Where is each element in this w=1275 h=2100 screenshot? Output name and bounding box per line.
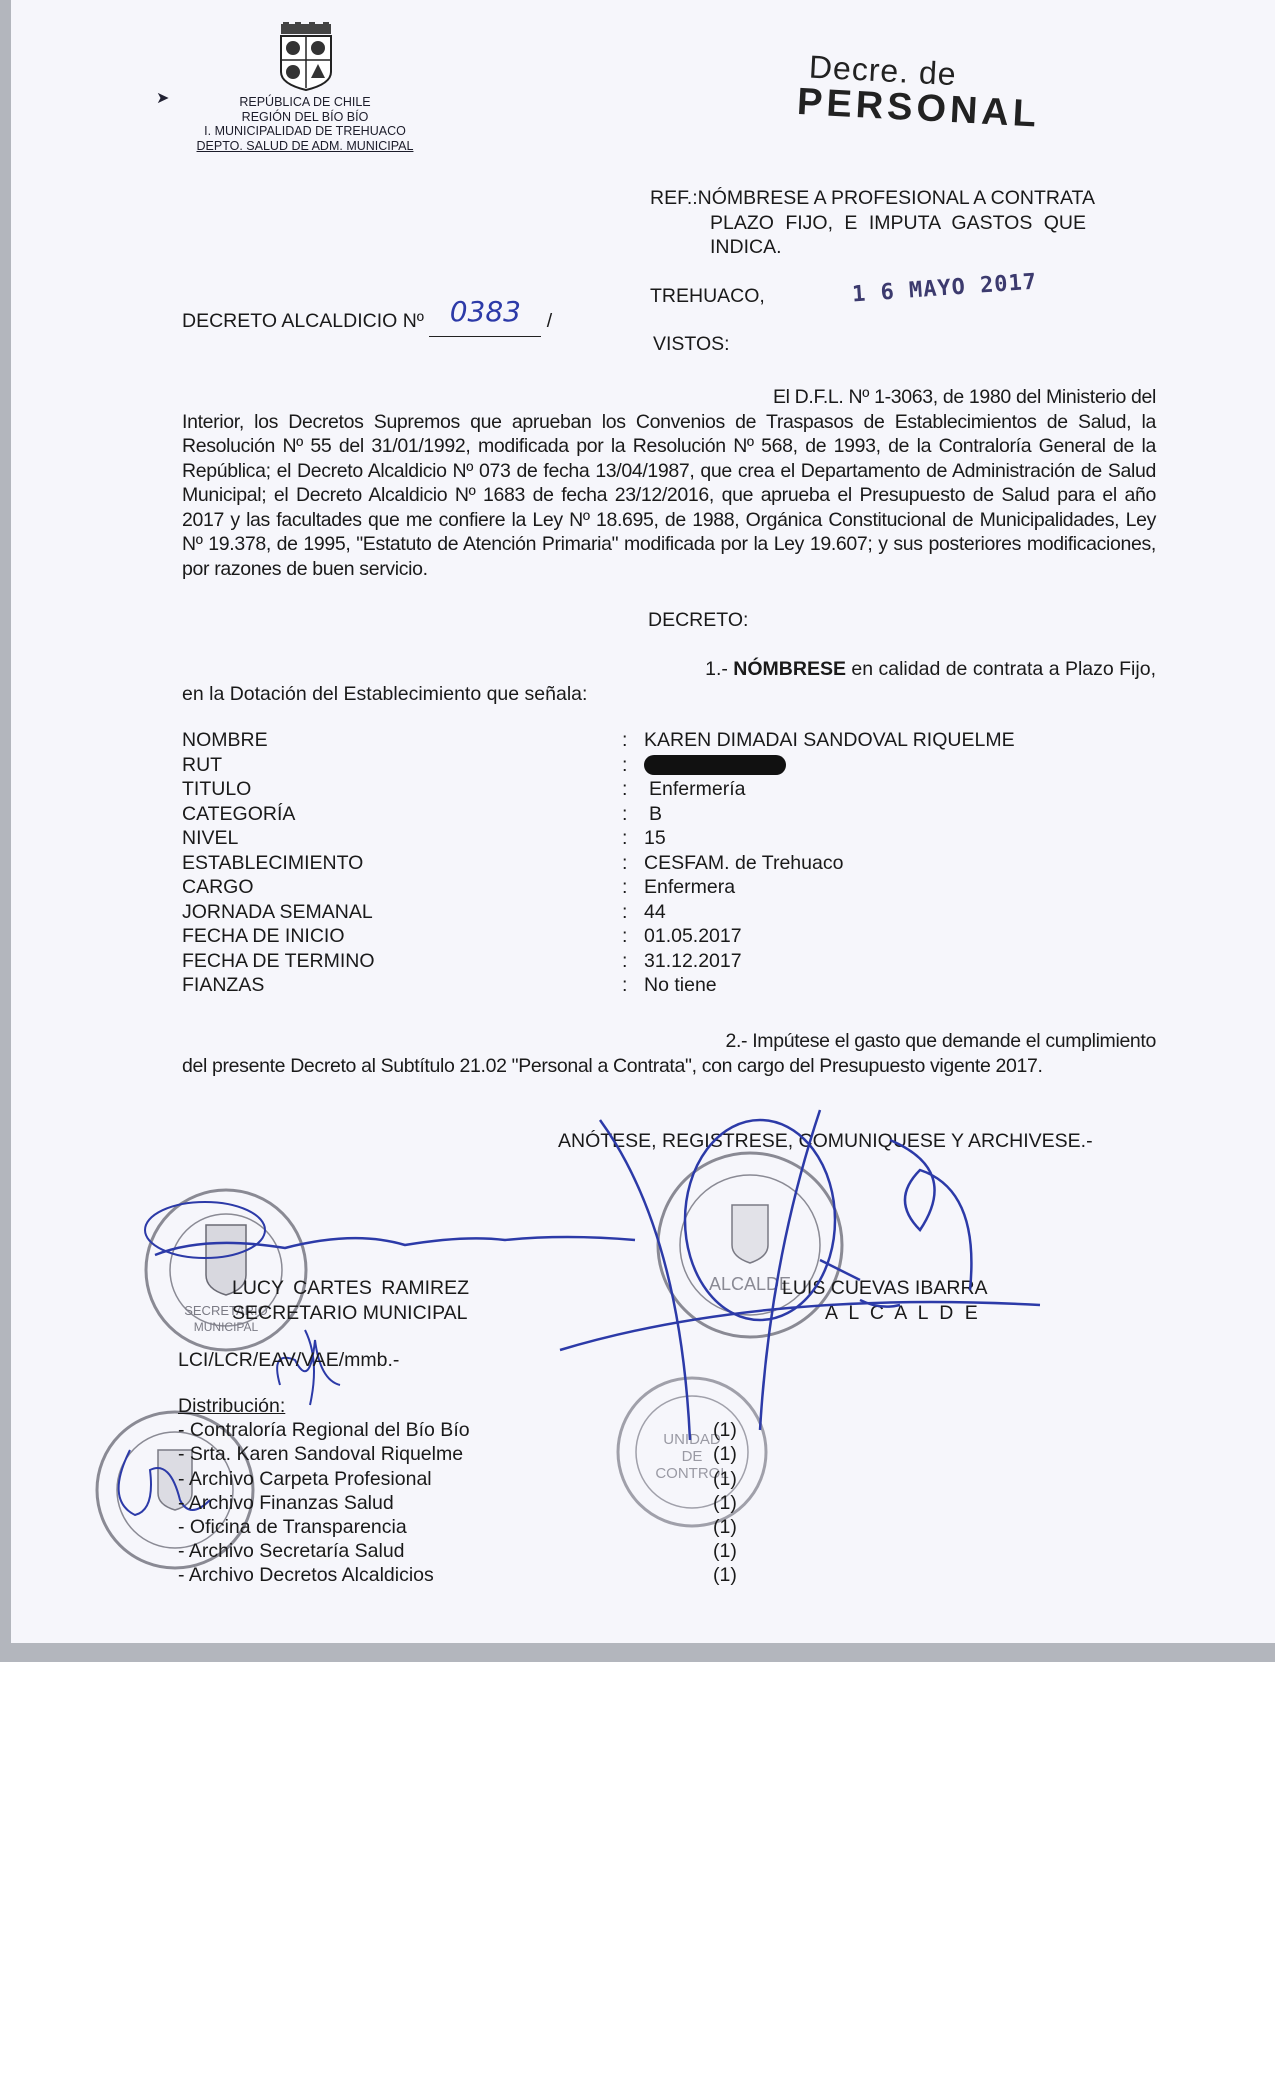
field-value: KAREN DIMADAI SANDOVAL RIQUELME [644,729,1015,752]
field-label: ESTABLECIMIENTO [182,852,363,875]
decree-number-label: DECRETO ALCALDICIO Nº [182,310,424,332]
item-1-line-1: 1.- NÓMBRESE en calidad de contrata a Pl… [182,657,1156,682]
distribution-item-qty: (1) [713,1563,737,1587]
distribution-item-qty: (1) [713,1418,737,1442]
letterhead-municipality: I. MUNICIPALIDAD DE TREHUACO [170,124,440,139]
ref-line-1: REF.:NÓMBRESE A PROFESIONAL A CONTRATA [650,186,1160,211]
item-1-prefix: 1.- [705,658,733,680]
field-row-fianzas: FIANZAS:No tiene [182,974,1082,999]
field-row-nombre: NOMBRE:KAREN DIMADAI SANDOVAL RIQUELME [182,729,1082,754]
distribution-list: Distribución: - Contraloría Regional del… [178,1394,778,1588]
field-value: CESFAM. de Trehuaco [644,852,843,875]
field-row-jornada: JORNADA SEMANAL:44 [182,901,1082,926]
item-2: 2.- Impútese el gasto que demande el cum… [182,1029,1156,1078]
distribution-item: - Archivo Carpeta Profesional(1) [178,1467,778,1491]
item-2-first-line: 2.- Impútese el gasto que demande el cum… [182,1029,1156,1054]
field-label: JORNADA SEMANAL [182,901,373,924]
distribution-item-qty: (1) [713,1442,737,1466]
distribution-item-qty: (1) [713,1515,737,1539]
field-label: FIANZAS [182,974,264,997]
vistos-body: El D.F.L. Nº 1-3063, de 1980 del Ministe… [182,385,1156,581]
distribution-item-label: - Srta. Karen Sandoval Riquelme [178,1443,463,1465]
distribution-item-label: - Oficina de Transparencia [178,1516,407,1538]
field-row-fecha-termino: FECHA DE TERMINO:31.12.2017 [182,950,1082,975]
vistos-paragraph: Interior, los Decretos Supremos que apru… [182,410,1156,582]
distribution-item: - Archivo Finanzas Salud(1) [178,1491,778,1515]
field-value: 01.05.2017 [644,925,742,948]
distribution-item: - Archivo Secretaría Salud(1) [178,1539,778,1563]
distribution-item-label: - Archivo Finanzas Salud [178,1492,394,1514]
field-separator: : [622,803,627,826]
field-separator: : [622,901,627,924]
field-value: Enfermera [644,876,735,899]
field-label: NIVEL [182,827,238,850]
field-separator: : [622,778,627,801]
field-row-cargo: CARGO:Enfermera [182,876,1082,901]
field-separator: : [622,876,627,899]
field-label: FECHA DE TERMINO [182,950,375,973]
distribution-item-label: - Archivo Carpeta Profesional [178,1468,432,1490]
field-separator: : [622,950,627,973]
item-1-rest: en calidad de contrata a Plazo Fijo, [846,658,1156,680]
letterhead-country: REPÚBLICA DE CHILE [170,95,440,110]
ref-line-2: PLAZO FIJO, E IMPUTA GASTOS QUE [710,211,1160,236]
mayor-signature-icon [560,1110,1060,1440]
distribution-item: - Contraloría Regional del Bío Bío(1) [178,1418,778,1442]
stamp-line-2: PERSONAL [796,85,1041,132]
field-label: CARGO [182,876,254,899]
item-1-line-2: en la Dotación del Establecimiento que s… [182,682,1156,707]
coat-of-arms-icon [275,22,337,92]
letterhead-region: REGIÓN DEL BÍO BÍO [170,110,440,125]
field-row-titulo: TITULO:Enfermería [182,778,1082,803]
field-label: RUT [182,754,222,777]
vistos-heading: VISTOS: [653,332,730,357]
distribution-item: - Oficina de Transparencia(1) [178,1515,778,1539]
field-separator: : [622,925,627,948]
place: TREHUACO, [650,284,765,309]
field-value: No tiene [644,974,717,997]
redaction-mark [644,755,786,775]
item-2-body: del presente Decreto al Subtítulo 21.02 … [182,1054,1156,1079]
field-separator: : [622,754,627,777]
field-row-establecimiento: ESTABLECIMIENTO:CESFAM. de Trehuaco [182,852,1082,877]
distribution-item: - Archivo Decretos Alcaldicios(1) [178,1563,778,1587]
distribution-item-qty: (1) [713,1491,737,1515]
redacted-value [644,754,786,777]
initials-reference: LCI/LCR/EAV/VAE/mmb.- [178,1348,399,1373]
decree-number-line: 0383 [429,308,541,337]
field-separator: : [622,852,627,875]
distribution-item: - Srta. Karen Sandoval Riquelme(1) [178,1442,778,1466]
field-row-rut: RUT: [182,754,1082,779]
distribution-item-qty: (1) [713,1539,737,1563]
field-row-nivel: NIVEL:15 [182,827,1082,852]
field-value: 15 [644,827,666,850]
field-label: NOMBRE [182,729,268,752]
field-value: B [649,803,662,826]
field-separator: : [622,827,627,850]
distribution-item-qty: (1) [713,1467,737,1491]
decree-number-suffix: / [547,310,552,332]
vistos-first-line: El D.F.L. Nº 1-3063, de 1980 del Ministe… [182,385,1156,410]
distribution-item-label: - Contraloría Regional del Bío Bío [178,1419,470,1441]
item-1-verb: NÓMBRESE [733,658,846,680]
field-row-fecha-inicio: FECHA DE INICIO:01.05.2017 [182,925,1082,950]
field-label: CATEGORÍA [182,803,295,826]
decree-number-block: DECRETO ALCALDICIO Nº 0383 / [182,306,552,335]
decree-number: 0383 [450,295,521,328]
field-value: 44 [644,901,666,924]
reference-block: REF.:NÓMBRESE A PROFESIONAL A CONTRATA P… [650,186,1160,260]
decree-type-stamp: Decre. de PERSONAL [796,48,1043,132]
letterhead-department: DEPTO. SALUD DE ADM. MUNICIPAL [170,139,440,154]
field-row-categoria: CATEGORÍA:B [182,803,1082,828]
ref-line-3: INDICA. [710,235,1160,260]
field-label: TITULO [182,778,251,801]
field-value: Enfermería [649,778,745,801]
letterhead: REPÚBLICA DE CHILE REGIÓN DEL BÍO BÍO I.… [170,95,440,153]
decreto-heading: DECRETO: [648,608,748,633]
arrow-mark-icon: ➤ [156,88,169,108]
field-separator: : [622,974,627,997]
distribution-item-label: - Archivo Secretaría Salud [178,1540,405,1562]
field-label: FECHA DE INICIO [182,925,345,948]
field-value: 31.12.2017 [644,950,742,973]
distribution-heading: Distribución: [178,1394,778,1418]
field-separator: : [622,729,627,752]
distribution-item-label: - Archivo Decretos Alcaldicios [178,1564,434,1586]
item-1: 1.- NÓMBRESE en calidad de contrata a Pl… [182,657,1156,706]
